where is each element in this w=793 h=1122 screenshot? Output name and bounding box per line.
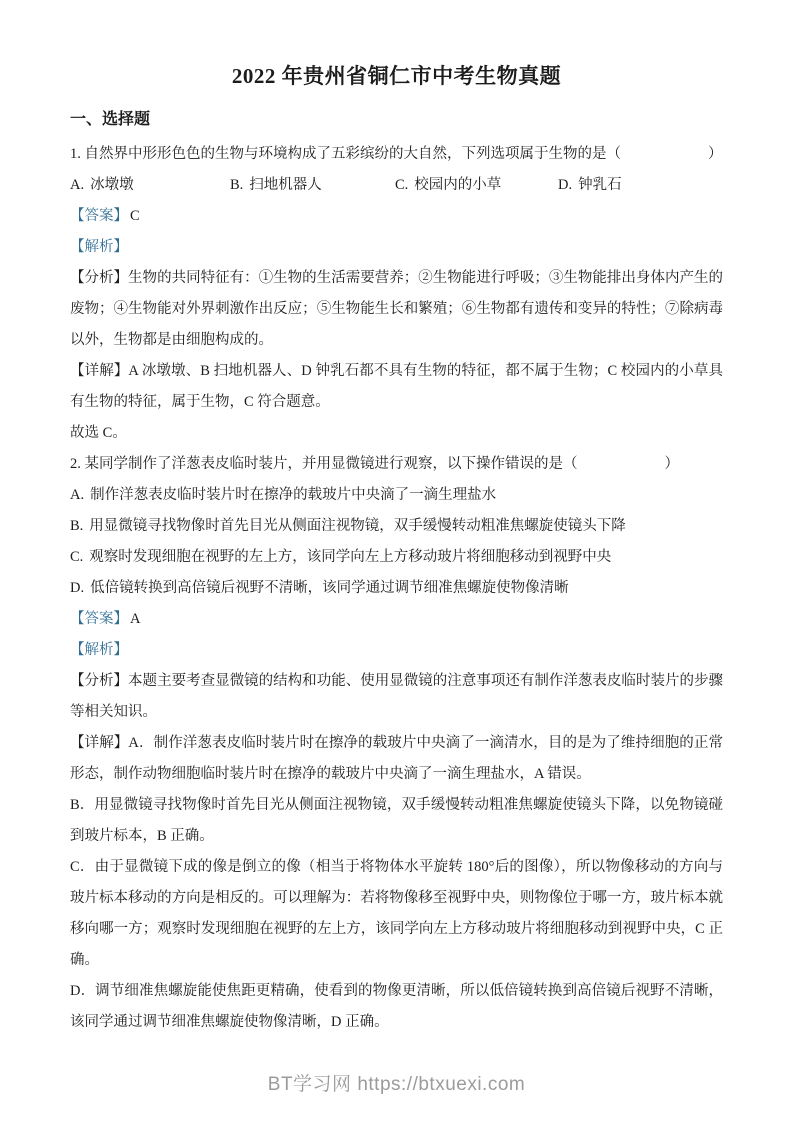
question-1-stem: 1. 自然界中形形色色的生物与环境构成了五彩缤纷的大自然，下列选项属于生物的是（…	[70, 139, 723, 170]
option-text: 低倍镜转换到高倍镜后视野不清晰，该同学通过调节细准焦螺旋使物像清晰	[90, 580, 569, 596]
question-2-stem: 2. 某同学制作了洋葱表皮临时装片，并用显微镜进行观察，以下操作错误的是（ ）	[70, 449, 723, 480]
answer-label: 【答案】	[70, 208, 128, 224]
option-b: B.扫地机器人	[230, 170, 395, 201]
option-c: C.观察时发现细胞在视野的左上方，该同学向左上方移动玻片将细胞移动到视野中央	[70, 542, 723, 573]
option-label: B.	[70, 518, 83, 534]
question-1-analysis-paragraph: 【分析】生物的共同特征有：①生物的生活需要营养；②生物能进行呼吸；③生物能排出身…	[70, 263, 723, 356]
question-1-detail-paragraph: 【详解】A 冰墩墩、B 扫地机器人、D 钟乳石都不具有生物的特征，都不属于生物；…	[70, 356, 723, 418]
option-label: C.	[70, 549, 83, 565]
option-text: 扫地机器人	[249, 177, 322, 193]
question-2-analysis-label: 【解析】	[70, 635, 723, 666]
footer-watermark: BT学习网 https://btxuexi.com	[0, 1069, 793, 1096]
option-c: C.校园内的小草	[395, 170, 558, 201]
question-2-detail-paragraph-a: 【详解】A．制作洋葱表皮临时装片时在擦净的载玻片中央滴了一滴清水，目的是为了维持…	[70, 728, 723, 790]
question-2-detail-paragraph-c: C．由于显微镜下成的像是倒立的像（相当于将物体水平旋转 180°后的图像），所以…	[70, 852, 723, 976]
option-text: 校园内的小草	[414, 177, 501, 193]
question-2-options-block: A.制作洋葱表皮临时装片时在擦净的载玻片中央滴了一滴生理盐水 B.用显微镜寻找物…	[70, 480, 723, 604]
answer-value: C	[128, 208, 140, 224]
option-label: D.	[70, 580, 84, 596]
question-2-detail-paragraph-d: D．调节细准焦螺旋能使焦距更精确，使看到的物像更清晰，所以低倍镜转换到高倍镜后视…	[70, 976, 723, 1038]
option-text: 制作洋葱表皮临时装片时在擦净的载玻片中央滴了一滴生理盐水	[90, 487, 496, 503]
question-2-analysis-paragraph: 【分析】本题主要考查显微镜的结构和功能、使用显微镜的注意事项还有制作洋葱表皮临时…	[70, 666, 723, 728]
option-text: 钟乳石	[578, 177, 622, 193]
option-label: B.	[230, 177, 243, 193]
question-2-answer-line: 【答案】A	[70, 604, 723, 635]
option-label: D.	[558, 177, 572, 193]
question-2: 2. 某同学制作了洋葱表皮临时装片，并用显微镜进行观察，以下操作错误的是（ ） …	[70, 449, 723, 1038]
answer-label: 【答案】	[70, 611, 128, 627]
option-d: D.低倍镜转换到高倍镜后视野不清晰，该同学通过调节细准焦螺旋使物像清晰	[70, 573, 723, 604]
option-a: A.制作洋葱表皮临时装片时在擦净的载玻片中央滴了一滴生理盐水	[70, 480, 723, 511]
option-text: 用显微镜寻找物像时首先目光从侧面注视物镜，双手缓慢转动粗准焦螺旋使镜头下降	[89, 518, 626, 534]
question-1-options-row: A.冰墩墩 B.扫地机器人 C.校园内的小草 D.钟乳石	[70, 170, 723, 201]
option-d: D.钟乳石	[558, 170, 723, 201]
option-label: A.	[70, 177, 84, 193]
question-2-detail-paragraph-b: B．用显微镜寻找物像时首先目光从侧面注视物镜，双手缓慢转动粗准焦螺旋使镜头下降，…	[70, 790, 723, 852]
answer-value: A	[128, 611, 140, 627]
option-b: B.用显微镜寻找物像时首先目光从侧面注视物镜，双手缓慢转动粗准焦螺旋使镜头下降	[70, 511, 723, 542]
question-1: 1. 自然界中形形色色的生物与环境构成了五彩缤纷的大自然，下列选项属于生物的是（…	[70, 139, 723, 449]
section-heading: 一、选择题	[70, 104, 723, 135]
option-label: C.	[395, 177, 408, 193]
question-1-conclusion: 故选 C。	[70, 418, 723, 449]
option-text: 观察时发现细胞在视野的左上方，该同学向左上方移动玻片将细胞移动到视野中央	[89, 549, 611, 565]
option-text: 冰墩墩	[90, 177, 134, 193]
page-title: 2022 年贵州省铜仁市中考生物真题	[70, 58, 723, 94]
option-a: A.冰墩墩	[70, 170, 230, 201]
question-1-analysis-label: 【解析】	[70, 232, 723, 263]
option-label: A.	[70, 487, 84, 503]
question-1-answer-line: 【答案】C	[70, 201, 723, 232]
document-page: 2022 年贵州省铜仁市中考生物真题 一、选择题 1. 自然界中形形色色的生物与…	[0, 0, 793, 1122]
